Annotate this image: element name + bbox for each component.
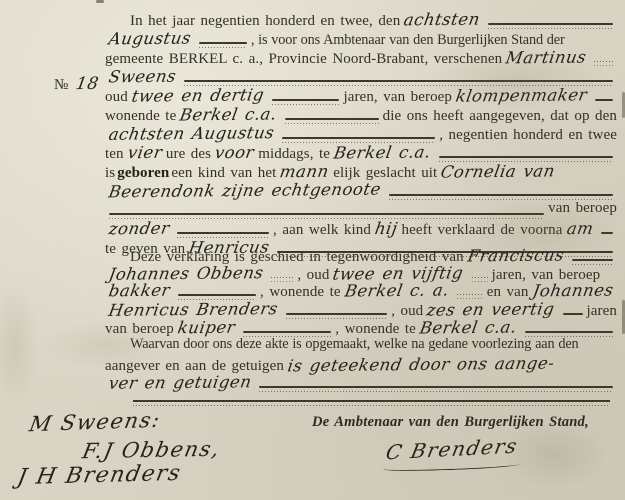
act-line-12: zonder , aan welk kind hij heeft verklaa… — [105, 219, 617, 239]
pen-stroke-line — [272, 98, 340, 105]
act-line-01: In het jaar negentien honderd en twee, d… — [130, 10, 617, 30]
act-line-07: achtsten Augustus , negentien honderd en… — [105, 124, 617, 144]
printed-declared-label: die ons heeft aangegeven, dat op den — [383, 108, 617, 125]
printed-closing-1: Waarvan door ons deze akte is opgemaakt,… — [130, 336, 579, 353]
handwritten-witness2-first-name: Johannes — [531, 281, 615, 301]
signature-declarant: M Sweens: — [27, 408, 162, 437]
printed-aged-label: oud — [105, 89, 128, 106]
handwritten-witness2-name: Henricus Brenders — [107, 299, 279, 320]
pen-stroke-line — [259, 385, 613, 392]
witness-line-05: van beroep kuiper , wonende te Berkel c.… — [105, 318, 617, 338]
printed-intro-2: , is voor ons Ambtenaar van den Burgerli… — [251, 32, 565, 49]
closing-rule-line — [133, 399, 610, 406]
printed-residing-label: wonende te — [105, 108, 176, 125]
handwritten-daypart: voor — [213, 143, 255, 162]
printed-child-clause-2: heeft verklaard de voorna — [402, 222, 563, 239]
pen-dash — [595, 99, 613, 101]
birth-certificate-scan: № 18 In het jaar negentien honderd en tw… — [0, 0, 625, 500]
bleedthrough-mark — [0, 280, 40, 410]
signature-official: C Brenders — [384, 434, 520, 465]
printed-intro-1: In het jaar negentien honderd en twee, d… — [130, 13, 400, 30]
printed-child-clause-1: , aan welk kind — [273, 222, 371, 239]
pen-stroke-line — [109, 212, 544, 219]
handwritten-day: achtsten — [403, 10, 482, 30]
closing-line-03: ver en getuigen — [105, 373, 617, 393]
act-line-06: wonende te Berkel c.a. die ons heeft aan… — [105, 105, 617, 125]
signature-witness-1: F.J Obbens, — [80, 437, 222, 463]
handwritten-witness1-first-name: Franciscus — [466, 245, 565, 265]
printed-intro-3: gemeente BERKEL c. a., Provincie Noord-B… — [105, 51, 502, 68]
printed-is-label: is — [105, 165, 115, 182]
handwritten-pronoun: hij — [373, 219, 399, 238]
witness-line-03: bakker , wonende te Berkel c. a. en van … — [105, 281, 617, 301]
act-line-03: gemeente BERKEL c. a., Provincie Noord-B… — [105, 48, 617, 68]
handwritten-mother-name-2: Beerendonk zijne echtgenoote — [107, 180, 382, 202]
dotted-rule — [594, 60, 613, 66]
record-number-label: № — [54, 77, 68, 93]
printed-birth-year-label: , negentien honderd en twee — [439, 127, 617, 144]
ink-speck — [96, 0, 104, 3]
handwritten-witness2-residence: Berkel c.a. — [418, 317, 518, 337]
printed-born-label: geboren — [117, 165, 169, 182]
handwritten-declarant-first-name: Martinus — [505, 48, 589, 68]
handwritten-witness2-occupation: kuiper — [176, 318, 236, 338]
handwritten-gender: mann — [279, 162, 331, 182]
record-number: № 18 — [54, 74, 103, 94]
act-line-08: ten vier ure des voor middags, te Berkel… — [105, 143, 617, 163]
handwritten-birth-date: achtsten Augustus — [107, 123, 276, 144]
pen-stroke-line — [389, 193, 613, 200]
record-number-value: 18 — [74, 74, 100, 94]
dotted-rule — [457, 293, 483, 299]
handwritten-mother-occupation: zonder — [107, 219, 171, 239]
act-line-11: van beroep — [105, 200, 617, 220]
pen-stroke-line — [285, 117, 379, 124]
handwritten-month: Augustus — [107, 29, 192, 49]
printed-at-label: ten — [105, 146, 124, 163]
printed-noon-label: middags, te — [258, 146, 330, 163]
official-title: De Ambtenaar van den Burgerlijken Stand, — [312, 414, 589, 431]
printed-and-of-label: en van — [487, 284, 529, 301]
pen-stroke-line — [488, 22, 613, 29]
handwritten-declarant-age: twee en dertig — [130, 85, 265, 105]
act-line-10: Beerendonk zijne echtgenoote — [105, 181, 617, 201]
handwritten-name-suffix: am — [565, 219, 595, 238]
witness-line-04: Henricus Brenders , oud zes en veertig j… — [105, 300, 617, 320]
signature-witness-2: J H Brenders — [15, 461, 183, 490]
act-line-05: oud twee en dertig jaren, van beroep klo… — [105, 86, 617, 106]
handwritten-witness2-age: zes en veertig — [426, 299, 557, 319]
act-line-02: Augustus , is voor ons Ambtenaar van den… — [105, 29, 617, 49]
pen-dash — [601, 232, 613, 234]
handwritten-witness1-occupation: bakker — [107, 281, 171, 301]
printed-hour-label: ure des — [166, 146, 211, 163]
handwritten-signed-clause-2: ver en getuigen — [107, 372, 253, 392]
printed-occupation-label: van beroep — [548, 200, 617, 217]
pen-stroke-line — [199, 41, 247, 48]
handwritten-birth-place: Berkel c.a. — [332, 142, 432, 162]
printed-child-label: een kind van het — [171, 165, 276, 182]
handwritten-mother-name-1: Cornelia van — [440, 161, 557, 181]
pen-dash — [563, 313, 583, 315]
act-line-04: Sweens — [105, 67, 617, 87]
handwritten-witness1-residence: Berkel c. a. — [343, 280, 450, 300]
handwritten-birth-hour: vier — [126, 143, 163, 162]
handwritten-declarant-occupation: klompenmaker — [454, 85, 588, 105]
handwritten-declarant-residence: Berkel c.a. — [179, 104, 279, 124]
printed-years-occupation-label: jaren, van beroep — [343, 89, 452, 106]
handwritten-declarant-last-name: Sweens — [107, 67, 177, 87]
